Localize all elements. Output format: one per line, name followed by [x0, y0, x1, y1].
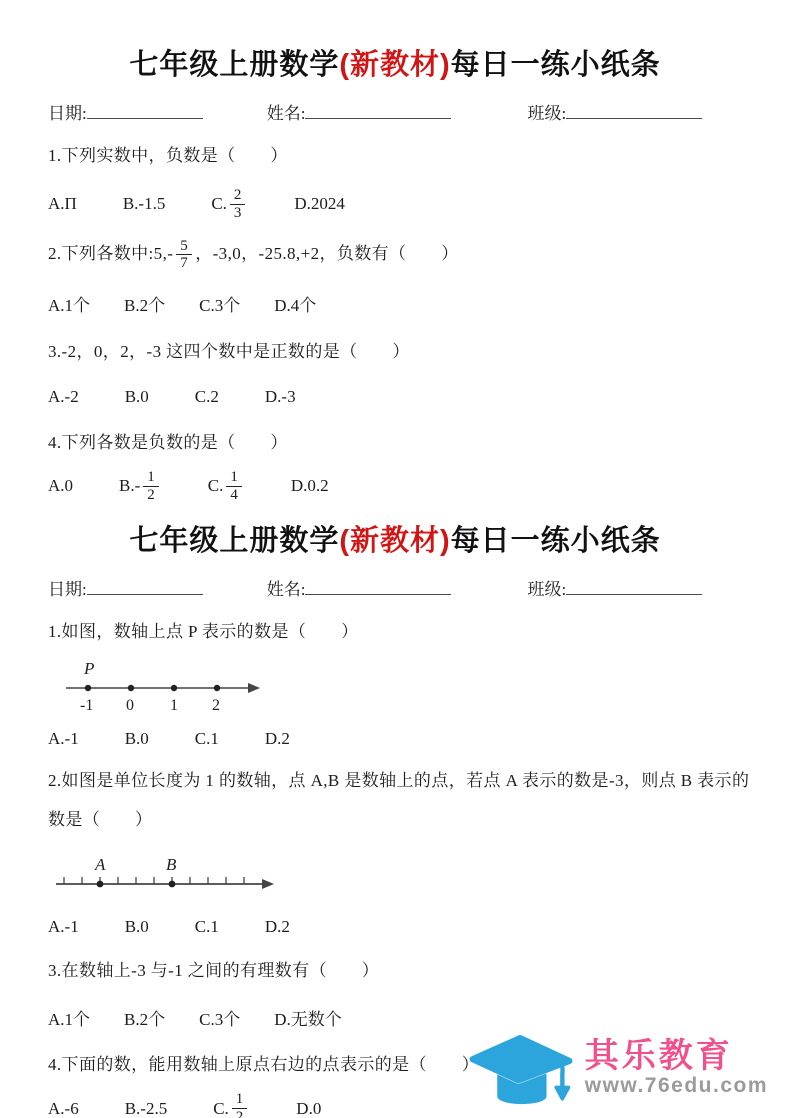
fraction-denominator: 4	[226, 487, 242, 504]
date-field: 日期:	[48, 575, 203, 600]
point-dot	[214, 684, 220, 690]
option-d: D.2	[265, 729, 290, 749]
class-field: 班级:	[527, 99, 702, 124]
s1-q1-text: 1.下列实数中，负数是（ ）	[0, 145, 790, 168]
s2-q1-options: A.-1 B.0 C.1 D.2	[0, 729, 790, 749]
option-c: C.2	[195, 387, 219, 407]
option-c: C.3个	[199, 291, 240, 316]
s1-q3-options: A.-2 B.0 C.2 D.-3	[0, 387, 790, 407]
option-a: A.0	[48, 476, 73, 496]
option-b: B.-1.5	[123, 194, 166, 214]
fraction-sign: -	[135, 476, 141, 496]
option-a: A.1个	[48, 1005, 90, 1030]
tick-label: 1	[170, 697, 178, 714]
date-blank	[87, 103, 203, 119]
option-d: D.4个	[274, 291, 316, 316]
option-b: B.0	[125, 917, 149, 937]
point-dot	[171, 684, 177, 690]
number-line-1: P -1 0 1 2	[0, 644, 790, 723]
name-field: 姓名:	[267, 99, 452, 124]
fraction: 12	[143, 469, 159, 504]
fraction: 57	[176, 238, 192, 273]
option-a: A.1个	[48, 291, 90, 316]
s1-q2-options: A.1个 B.2个 C.3个 D.4个	[0, 291, 790, 316]
fraction-denominator: 3	[230, 205, 246, 222]
option-d: D.0.2	[291, 476, 329, 496]
date-blank	[87, 579, 203, 595]
worksheet-page: 七年级上册数学(新教材)每日一练小纸条 日期: 姓名: 班级: 1.下列实数中，…	[0, 0, 790, 1118]
worksheet-title-1: 七年级上册数学(新教材)每日一练小纸条	[0, 0, 790, 83]
logo-name: 其乐教育	[585, 1039, 768, 1075]
axis-arrow-icon	[262, 879, 274, 889]
option-b: B.2个	[124, 291, 165, 316]
s1-q4-options: A.0 B.-12 C.14 D.0.2	[0, 469, 790, 504]
tick-marks	[64, 877, 244, 884]
option-a: A.-2	[48, 387, 79, 407]
option-d: D.2024	[294, 194, 345, 214]
name-label: 姓名:	[267, 580, 306, 599]
option-a: A.Π	[48, 194, 77, 214]
option-d: D.2	[265, 917, 290, 937]
number-line-2-svg: A B	[52, 856, 282, 902]
option-b: B.-2.5	[125, 1099, 168, 1118]
axis-arrow-icon	[248, 683, 260, 693]
number-line-1-svg: P -1 0 1 2	[60, 658, 270, 718]
s2-q2-options: A.-1 B.0 C.1 D.2	[0, 917, 790, 937]
q2-text-after: ，-3,0，-25.8,+2，负数有（ ）	[195, 243, 458, 266]
title-highlight: (新教材)	[339, 49, 450, 81]
title-part1: 七年级上册数学	[129, 49, 339, 81]
logo-url: www.76edu.com	[585, 1074, 768, 1097]
logo: 其乐教育 www.76edu.com	[465, 1024, 768, 1112]
header-fields-1: 日期: 姓名: 班级:	[0, 83, 790, 124]
worksheet-title-2: 七年级上册数学(新教材)每日一练小纸条	[0, 504, 790, 559]
option-c-label: C.	[213, 1099, 229, 1118]
title-highlight: (新教材)	[339, 525, 450, 557]
fraction: 14	[226, 469, 242, 504]
option-b-label: B.	[119, 476, 135, 496]
date-label: 日期:	[48, 580, 87, 599]
point-p-label: P	[83, 659, 94, 678]
class-label: 班级:	[527, 104, 566, 123]
option-d: D.-3	[265, 387, 296, 407]
option-d: D.0	[296, 1099, 321, 1118]
class-field: 班级:	[527, 575, 702, 600]
tick-label: -1	[80, 697, 93, 714]
name-field: 姓名:	[267, 575, 452, 600]
point-a-dot	[97, 881, 104, 888]
point-b-label: B	[166, 856, 177, 874]
fraction-numerator: 5	[176, 238, 192, 256]
option-b: B.2个	[124, 1005, 165, 1030]
s2-q1-text: 1.如图，数轴上点 P 表示的数是（ ）	[0, 621, 790, 644]
fraction-denominator: 2	[232, 1109, 248, 1118]
fraction-numerator: 1	[232, 1091, 248, 1109]
date-field: 日期:	[48, 99, 203, 124]
fraction-denominator: 2	[143, 487, 159, 504]
number-line-2: A B	[0, 840, 790, 907]
option-c: C.1	[195, 917, 219, 937]
option-b: B.-12	[119, 469, 162, 504]
title-part2: 每日一练小纸条	[451, 525, 661, 557]
option-c-label: C.	[211, 194, 227, 214]
tick-label: 2	[212, 697, 220, 714]
option-c: C.3个	[199, 1005, 240, 1030]
title-part2: 每日一练小纸条	[451, 49, 661, 81]
option-d: D.无数个	[274, 1005, 342, 1030]
fraction-numerator: 2	[230, 187, 246, 205]
s1-q3-text: 3.-2，0，2，-3 这四个数中是正数的是（ ）	[0, 341, 790, 364]
class-blank	[566, 103, 702, 119]
option-b: B.0	[125, 387, 149, 407]
option-a: A.-1	[48, 917, 79, 937]
option-a: A.-1	[48, 729, 79, 749]
point-dot	[128, 684, 134, 690]
title-part1: 七年级上册数学	[129, 525, 339, 557]
option-a: A.-6	[48, 1099, 79, 1118]
option-c: C.1	[195, 729, 219, 749]
fraction-numerator: 1	[143, 469, 159, 487]
graduation-cap-icon	[465, 1024, 577, 1112]
q2-text-before: 2.下列各数中:5,	[48, 243, 167, 266]
fraction: 12	[232, 1091, 248, 1118]
option-c: C.12	[213, 1091, 250, 1118]
name-blank	[305, 579, 451, 595]
name-blank	[305, 103, 451, 119]
class-blank	[566, 579, 702, 595]
class-label: 班级:	[527, 580, 566, 599]
header-fields-2: 日期: 姓名: 班级:	[0, 559, 790, 600]
point-dot	[85, 684, 91, 690]
fraction-sign: -	[167, 243, 173, 266]
tick-label: 0	[126, 697, 134, 714]
option-c: C.14	[208, 469, 245, 504]
option-c: C.23	[211, 187, 248, 222]
date-label: 日期:	[48, 104, 87, 123]
s1-q2-text: 2.下列各数中:5,-57，-3,0，-25.8,+2，负数有（ ）	[0, 238, 790, 273]
s2-q3-text: 3.在数轴上-3 与-1 之间的有理数有（ ）	[0, 960, 790, 983]
point-a-label: A	[94, 856, 106, 874]
s1-q4-text: 4.下列各数是负数的是（ ）	[0, 432, 790, 455]
fraction-denominator: 7	[176, 255, 192, 272]
logo-text: 其乐教育 www.76edu.com	[585, 1039, 768, 1098]
s1-q1-options: A.Π B.-1.5 C.23 D.2024	[0, 187, 790, 222]
option-b: B.0	[125, 729, 149, 749]
fraction: 23	[230, 187, 246, 222]
fraction-numerator: 1	[226, 469, 242, 487]
s2-q2-text: 2.如图是单位长度为 1 的数轴，点 A,B 是数轴上的点，若点 A 表示的数是…	[0, 761, 790, 841]
point-b-dot	[169, 881, 176, 888]
name-label: 姓名:	[267, 104, 306, 123]
option-c-label: C.	[208, 476, 224, 496]
